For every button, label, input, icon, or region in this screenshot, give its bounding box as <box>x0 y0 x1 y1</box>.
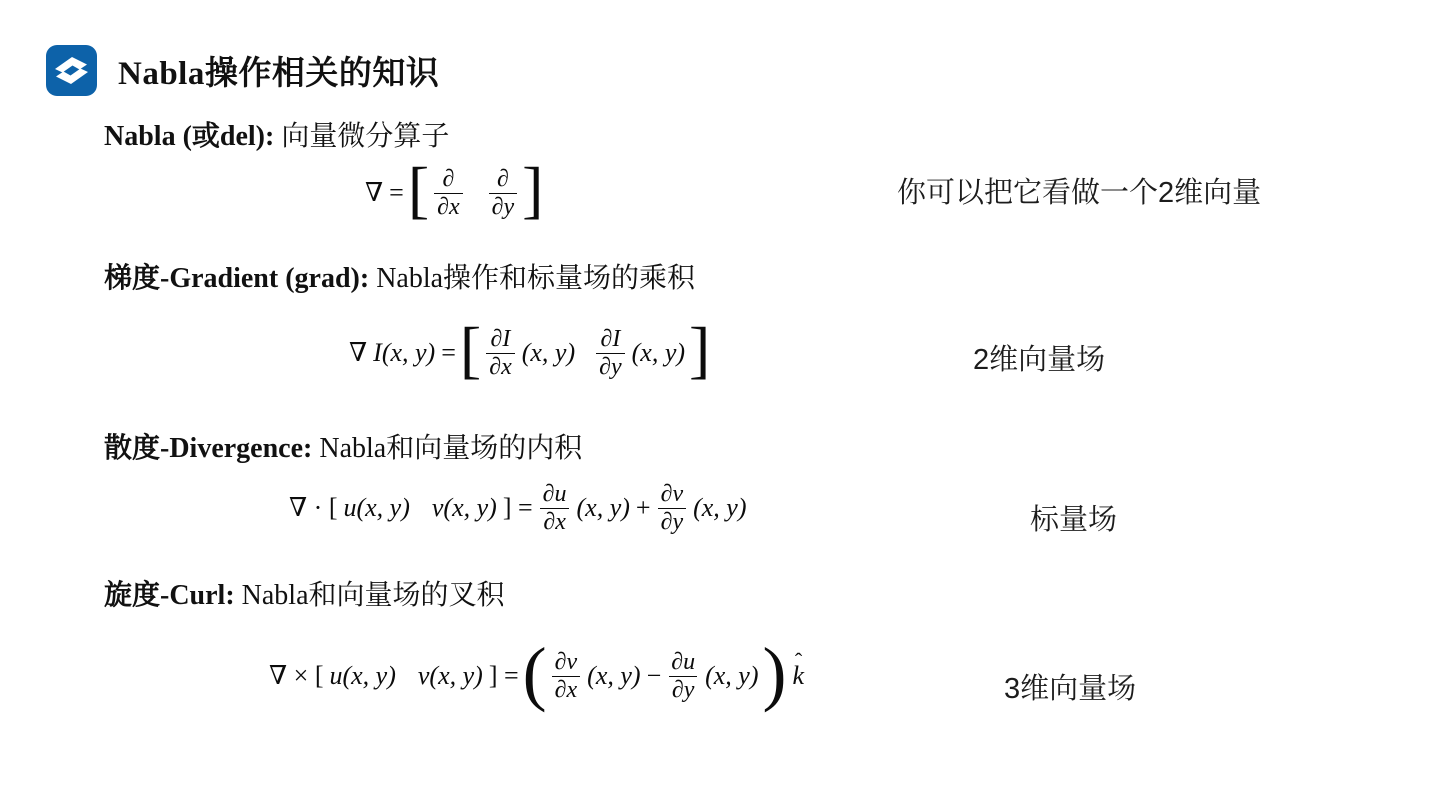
formula-token: (x, y) <box>693 493 746 523</box>
big-bracket: [ <box>460 318 481 382</box>
fraction-denominator: ∂x <box>434 193 463 221</box>
formula-token: (x, y) <box>587 661 640 691</box>
fraction: ∂∂x <box>434 166 463 221</box>
heading-description: Nabla操作和标量场的乘积 <box>369 263 695 294</box>
formula-token: ] = <box>489 661 519 691</box>
fraction-numerator: ∂I <box>488 326 514 353</box>
formula-note-nabla: 你可以把它看做一个2维向量 <box>897 170 1261 211</box>
fraction: ∂u∂y <box>668 649 698 704</box>
spacer <box>578 353 592 354</box>
big-bracket: ( <box>523 637 547 709</box>
heading-description: Nabla和向量场的叉积 <box>235 580 505 611</box>
fraction-denominator: ∂y <box>596 353 625 381</box>
fraction: ∂∂y <box>489 166 518 221</box>
formula-token: u(x, y) <box>329 661 395 691</box>
heading-term: Nabla (或del): <box>104 121 274 152</box>
section-heading-gradient: 梯度-Gradient (grad): Nabla操作和标量场的乘积 <box>104 256 695 296</box>
fraction-denominator: ∂x <box>552 676 581 704</box>
formula-token: ] = <box>503 493 533 523</box>
formula-divergence: ∇ · [u(x, y)v(x, y)] =∂u∂x(x, y)+∂v∂y(x,… <box>286 477 750 539</box>
fraction-numerator: ∂v <box>552 649 581 676</box>
formula-token: ∇ · [ <box>289 493 337 523</box>
formula-token: v(x, y) <box>432 493 497 523</box>
section-heading-nabla: Nabla (或del): 向量微分算子 <box>104 114 449 154</box>
fraction-numerator: ∂ <box>439 166 457 193</box>
fraction-denominator: ∂y <box>489 193 518 221</box>
fraction: ∂u∂x <box>540 481 570 536</box>
big-bracket: ] <box>689 318 710 382</box>
fraction-numerator: ∂I <box>597 326 623 353</box>
spacer <box>413 508 429 509</box>
fraction-numerator: ∂u <box>540 481 570 508</box>
formula-token: ∇ <box>365 178 383 208</box>
stack-s-logo-icon <box>46 45 97 96</box>
big-bracket: ] <box>522 158 543 222</box>
formula-note-curl: 3维向量场 <box>1004 666 1136 707</box>
formula-token: u(x, y) <box>343 493 409 523</box>
formula-token: ∇ <box>349 338 367 368</box>
fraction: ∂I∂x <box>486 326 515 381</box>
page-title: Nabla操作相关的知识 <box>118 47 439 94</box>
hat-accent: ˆ <box>795 648 802 674</box>
formula-token: (x, y) <box>577 493 630 523</box>
fraction-numerator: ∂v <box>658 481 687 508</box>
formula-token: = <box>389 178 404 208</box>
heading-term: 梯度-Gradient (grad): <box>104 263 369 294</box>
slide-canvas: { "page": { "title": "Nabla操作相关的知识", "lo… <box>0 0 1440 810</box>
logo-background <box>46 45 97 96</box>
fraction: ∂I∂y <box>596 326 625 381</box>
fraction-numerator: ∂u <box>668 649 698 676</box>
formula-token: I(x, y) <box>373 338 435 368</box>
formula-token: + <box>636 493 651 523</box>
hat-vector-symbol: ˆk <box>792 661 804 691</box>
formula-curl: ∇ × [u(x, y)v(x, y)] =(∂v∂x(x, y)−∂u∂y(x… <box>266 638 807 714</box>
formula-token: = <box>441 338 456 368</box>
fraction: ∂v∂x <box>552 649 581 704</box>
section-heading-curl: 旋度-Curl: Nabla和向量场的叉积 <box>104 573 505 613</box>
formula-token: v(x, y) <box>418 661 483 691</box>
formula-token: (x, y) <box>632 338 685 368</box>
fraction: ∂v∂y <box>658 481 687 536</box>
fraction-denominator: ∂x <box>540 508 569 536</box>
fraction-denominator: ∂x <box>486 353 515 381</box>
section-heading-divergence: 散度-Divergence: Nabla和向量场的内积 <box>104 426 582 466</box>
formula-note-divergence: 标量场 <box>1030 497 1117 538</box>
big-bracket: [ <box>408 158 429 222</box>
spacer <box>467 193 485 194</box>
formula-token: − <box>647 661 662 691</box>
heading-description: 向量微分算子 <box>274 121 449 152</box>
big-bracket: ) <box>763 637 787 709</box>
formula-token: (x, y) <box>522 338 575 368</box>
heading-term: 散度-Divergence: <box>104 433 312 464</box>
formula-gradient: ∇I(x, y)=[∂I∂x(x, y)∂I∂y(x, y)] <box>346 322 711 384</box>
formula-nabla-definition: ∇=[∂∂x∂∂y] <box>362 162 544 224</box>
heading-description: Nabla和向量场的内积 <box>312 433 582 464</box>
fraction-denominator: ∂y <box>658 508 687 536</box>
fraction-denominator: ∂y <box>669 676 698 704</box>
fraction-numerator: ∂ <box>494 166 512 193</box>
heading-term: 旋度-Curl: <box>104 580 235 611</box>
formula-token: ∇ × [ <box>269 661 323 691</box>
formula-note-gradient: 2维向量场 <box>973 337 1105 378</box>
formula-token: (x, y) <box>705 661 758 691</box>
spacer <box>399 676 415 677</box>
